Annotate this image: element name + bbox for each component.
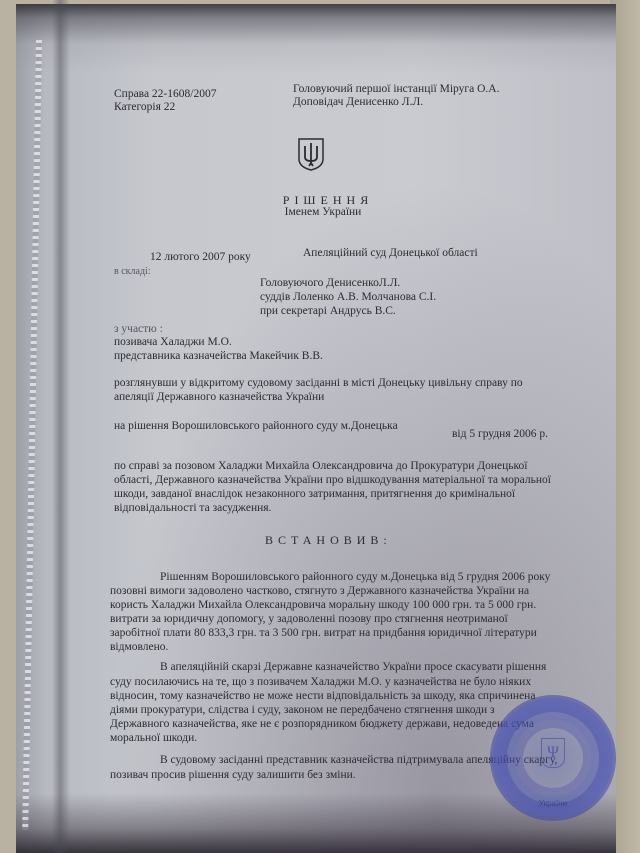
composition-label: в складі: bbox=[114, 265, 151, 278]
paragraph-line: заробітної плати 80 833,3 грн. та 3 500 … bbox=[110, 627, 537, 640]
participation-label: з участю : bbox=[114, 323, 163, 336]
paragraph-line: суду посилаючись на те, що з позивачем Х… bbox=[110, 676, 531, 689]
paragraph-line: В апеляційній скарзі Державне казначейст… bbox=[160, 661, 546, 674]
secretary: при секретарі Андрусь В.С. bbox=[260, 305, 396, 318]
considering-line-2: апеляції Державного казначейства України bbox=[114, 391, 324, 404]
treasury-representative: представника казначейства Макейчик В.В. bbox=[114, 350, 323, 363]
scan-shadow-stripe bbox=[52, 0, 70, 853]
official-stamp: Ψ України bbox=[490, 695, 616, 821]
paragraph-line: користь Халаджи Михайла Олександровича м… bbox=[110, 599, 536, 612]
paragraph-line: відносин, тому казначейство не може нест… bbox=[110, 690, 535, 703]
paragraph-line: витрати за юридичну допомогу, у задоволе… bbox=[110, 613, 508, 626]
court-name: Апеляційний суд Донецької області bbox=[303, 247, 478, 260]
first-instance-judge: Головуючий першої інстанції Міруга О.А. bbox=[293, 83, 499, 96]
stamp-trident-icon: Ψ bbox=[541, 738, 565, 768]
paragraph-line: діями прокуратури, слідства і суду, зако… bbox=[110, 704, 495, 717]
document-subtitle: Іменем України bbox=[265, 206, 381, 219]
presiding-judge: Головуючого ДенисенкоЛ.Л. bbox=[260, 277, 400, 290]
paragraph-line: позивач просив рішення суду залишити без… bbox=[110, 769, 356, 782]
paragraph-line: Державного казначейства, яке не є розпор… bbox=[110, 718, 534, 731]
case-description-line: відповідальності та засудження. bbox=[114, 502, 271, 515]
stamp-label: України bbox=[493, 799, 613, 808]
rapporteur: Доповідач Денисенко Л.Л. bbox=[293, 96, 423, 109]
established-heading: ВСТАНОВИВ: bbox=[265, 534, 392, 547]
considering-line-1: розглянувши у відкритому судовому засіда… bbox=[114, 377, 523, 390]
paragraph-line: Рішенням Ворошиловського районного суду … bbox=[160, 571, 550, 584]
case-description-line: області, Державного казначейства України… bbox=[114, 474, 551, 487]
paragraph-line: позовні вимоги задоволено частково, стяг… bbox=[110, 585, 529, 598]
decision-reference: на рішення Ворошиловського районного суд… bbox=[114, 420, 398, 433]
paragraph-line: відмовлено. bbox=[110, 641, 168, 654]
plaintiff: позивача Халаджи М.О. bbox=[114, 336, 232, 349]
paragraph-line: моральної шкоди. bbox=[110, 732, 197, 745]
case-number: Справа 22-1608/2007 bbox=[114, 88, 216, 101]
decision-date: 12 лютого 2007 року bbox=[150, 251, 251, 264]
case-description-line: по справі за позовом Халаджи Михайла Оле… bbox=[114, 460, 527, 473]
decision-reference-date: від 5 грудня 2006 р. bbox=[452, 428, 548, 441]
judges: суддів Лоленко А.В. Молчанова С.І. bbox=[260, 291, 436, 304]
case-description-line: шкоди, завданої внаслідок незаконного за… bbox=[114, 488, 515, 501]
coat-of-arms-icon bbox=[297, 137, 325, 171]
case-category: Категорія 22 bbox=[114, 101, 175, 114]
